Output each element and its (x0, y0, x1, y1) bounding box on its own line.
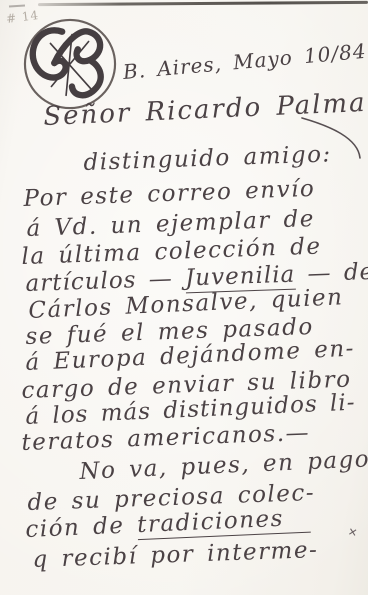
line-text: — de (295, 259, 368, 288)
margin-mark: ✕ (347, 525, 359, 540)
letter-line: q recibí por interme- (32, 537, 319, 573)
monogram-icon (21, 17, 119, 111)
page-edge-fragment (9, 4, 25, 7)
page-edge-line (38, 1, 368, 6)
date-line: B. Aires, Mayo 10/84 (122, 39, 368, 84)
letter-page: # 14 B. Aires, Mayo 10/84 Señor Ricardo … (0, 0, 368, 595)
line-text: ción de (25, 512, 138, 543)
salutation-line: distinguido amigo: (83, 141, 332, 176)
